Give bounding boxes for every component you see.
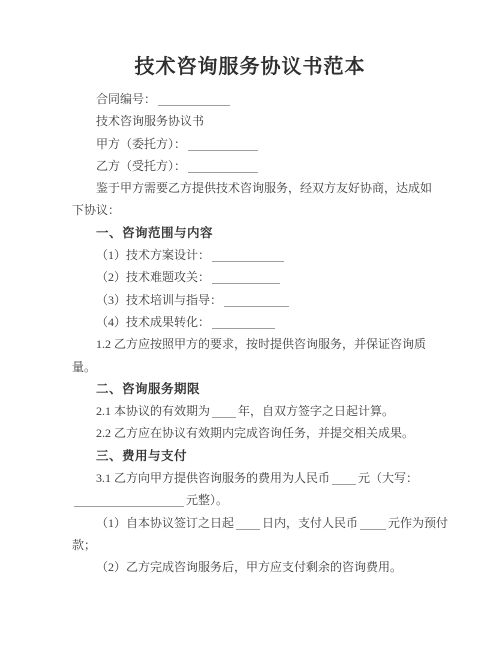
document-line: 技术咨询服务协议书 — [72, 110, 430, 132]
document-line: 量。 — [72, 356, 430, 378]
text-run: 2.2 乙方应在协议有效期内完成咨询任务，并提交相关成果。 — [96, 426, 414, 440]
document-body: 合同编号：技术咨询服务协议书甲方（委托方）：乙方（受托方）：鉴于甲方需要乙方提供… — [0, 88, 500, 579]
document-line: 2.2 乙方应在协议有效期内完成咨询任务，并提交相关成果。 — [72, 422, 430, 444]
text-run: 鉴于甲方需要乙方提供技术咨询服务，经双方友好协商，达成如 — [96, 181, 432, 195]
document-line: （3）技术培训与指导： — [72, 289, 430, 311]
text-run: 元（大写： — [358, 471, 418, 485]
text-run: （2）乙方完成咨询服务后，甲方应支付剩余的咨询费用。 — [96, 560, 402, 574]
document-line: 款； — [72, 534, 430, 556]
document-line: 元整）。 — [72, 489, 430, 511]
blank-underline — [212, 404, 236, 418]
document-line: （2）乙方完成咨询服务后，甲方应支付剩余的咨询费用。 — [72, 556, 430, 578]
document-line: （1）自本协议签订之日起日内，支付人民币元作为预付 — [72, 512, 430, 534]
text-run: 合同编号： — [96, 92, 156, 106]
document-title: 技术咨询服务协议书范本 — [0, 0, 500, 82]
text-run: （1）技术方案设计： — [96, 248, 210, 262]
text-run: （3）技术培训与指导： — [96, 293, 222, 307]
text-run: 量。 — [72, 360, 96, 374]
text-run: 二、咨询服务期限 — [96, 382, 200, 396]
blank-underline — [212, 315, 275, 329]
section-heading: 一、咨询范围与内容 — [72, 222, 430, 244]
document-line: 乙方（受托方）： — [72, 155, 430, 177]
text-run: （1）自本协议签订之日起 — [96, 516, 234, 530]
document-line: 甲方（委托方）： — [72, 133, 430, 155]
document-line: 下协议： — [72, 199, 430, 221]
text-run: 3.1 乙方向甲方提供咨询服务的费用为人民币 — [96, 471, 330, 485]
text-run: （2）技术难题攻关： — [96, 270, 210, 284]
text-run: 1.2 乙方应按照甲方的要求，按时提供咨询服务，并保证咨询质 — [96, 337, 426, 351]
text-run: 款； — [72, 538, 96, 552]
blank-underline — [236, 516, 260, 530]
blank-underline — [188, 159, 258, 173]
document-line: 3.1 乙方向甲方提供咨询服务的费用为人民币元（大写： — [72, 467, 430, 489]
text-run: 乙方（受托方）： — [96, 159, 186, 173]
text-run: 年，自双方签字之日起计算。 — [238, 404, 394, 418]
document-line: （1）技术方案设计： — [72, 244, 430, 266]
text-run: 元整）。 — [186, 493, 228, 507]
document-line: 2.1 本协议的有效期为年，自双方签字之日起计算。 — [72, 400, 430, 422]
blank-underline — [158, 92, 230, 106]
text-run: （4）技术成果转化： — [96, 315, 210, 329]
text-run: 甲方（委托方）： — [96, 137, 186, 151]
blank-underline — [212, 248, 284, 262]
document-line: （4）技术成果转化： — [72, 311, 430, 333]
blank-underline — [212, 270, 280, 284]
blank-underline — [360, 516, 386, 530]
text-run: 2.1 本协议的有效期为 — [96, 404, 210, 418]
text-run: 下协议： — [72, 203, 120, 217]
blank-underline — [332, 471, 356, 485]
document-page: 技术咨询服务协议书范本 合同编号：技术咨询服务协议书甲方（委托方）：乙方（受托方… — [0, 0, 500, 647]
section-heading: 二、咨询服务期限 — [72, 378, 430, 400]
blank-underline — [74, 493, 184, 507]
blank-underline — [224, 293, 289, 307]
text-run: 技术咨询服务协议书 — [96, 114, 204, 128]
document-line: 鉴于甲方需要乙方提供技术咨询服务，经双方友好协商，达成如 — [72, 177, 430, 199]
text-run: 一、咨询范围与内容 — [96, 226, 213, 240]
blank-underline — [188, 137, 258, 151]
document-line: 合同编号： — [72, 88, 430, 110]
text-run: 日内，支付人民币 — [262, 516, 358, 530]
document-line: （2）技术难题攻关： — [72, 266, 430, 288]
section-heading: 三、费用与支付 — [72, 445, 430, 467]
document-line: 1.2 乙方应按照甲方的要求，按时提供咨询服务，并保证咨询质 — [72, 333, 430, 355]
text-run: 元作为预付 — [388, 516, 448, 530]
text-run: 三、费用与支付 — [96, 449, 187, 463]
